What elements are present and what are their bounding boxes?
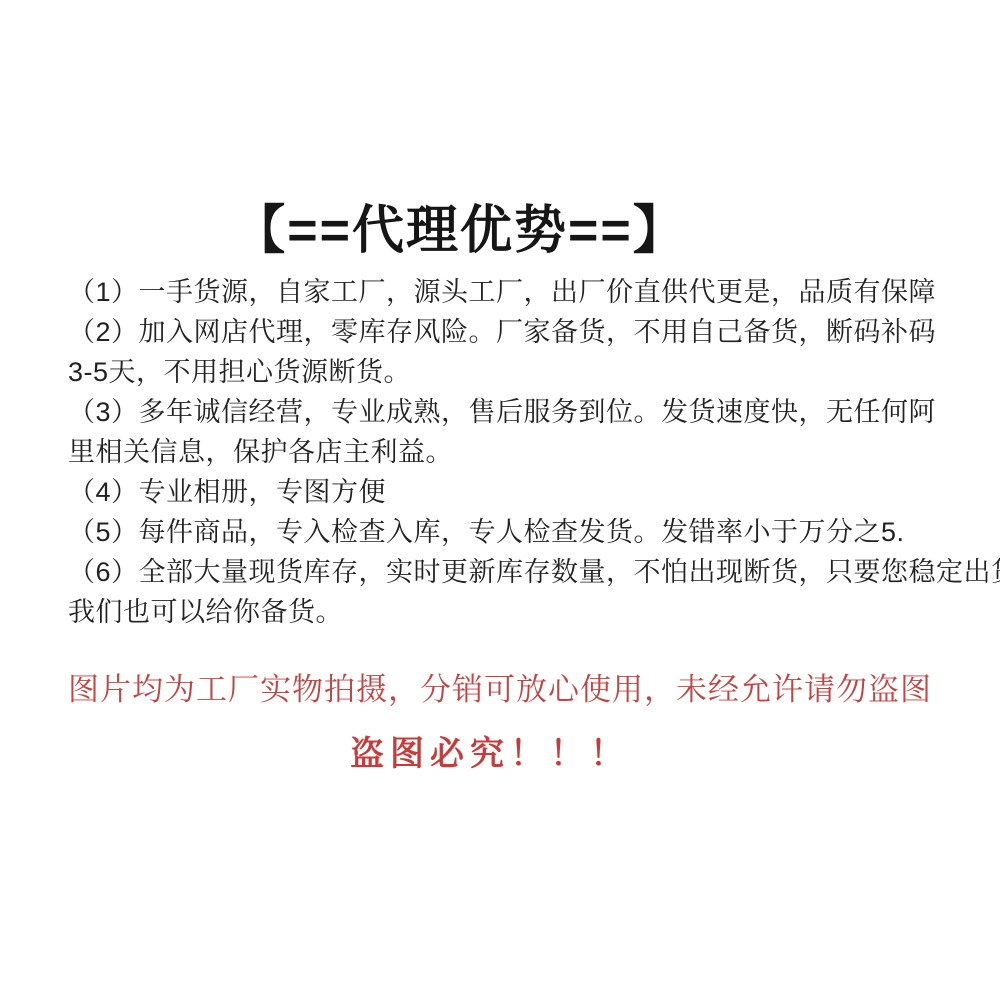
advantage-line-5: （5）每件商品，专入检查入库，专人检查发货。发错率小于万分之5. [68, 512, 998, 552]
advantage-list: （1）一手货源，自家工厂，源头工厂，出厂价直供代更是，品质有保障 （2）加入网店… [68, 272, 998, 632]
advantage-line-2-cont: 3-5天，不用担心货源断货。 [68, 352, 998, 392]
advantage-line-3: （3）多年诚信经营，专业成熟，售后服务到位。发货速度快，无任何阿 [68, 392, 998, 432]
advantage-line-4: （4）专业相册，专图方便 [68, 472, 998, 512]
page-title: 【==代理优势==】 [0, 188, 920, 263]
anti-theft-notice: 图片均为工厂实物拍摄，分销可放心使用，未经允许请勿盗图 [68, 672, 998, 708]
advantage-line-6: （6）全部大量现货库存，实时更新库存数量，不怕出现断货，只要您稳定出货， [68, 552, 998, 592]
advantage-line-3-cont: 里相关信息，保护各店主利益。 [68, 432, 998, 472]
promo-image: 【==代理优势==】 （1）一手货源，自家工厂，源头工厂，出厂价直供代更是，品质… [0, 0, 1000, 1000]
anti-theft-warning: 盗图必究！！！ [0, 726, 980, 775]
advantage-line-2: （2）加入网店代理，零库存风险。厂家备货，不用自己备货，断码补码 [68, 312, 998, 352]
advantage-line-1: （1）一手货源，自家工厂，源头工厂，出厂价直供代更是，品质有保障 [68, 272, 998, 312]
advantage-line-6-cont: 我们也可以给你备货。 [68, 592, 998, 632]
